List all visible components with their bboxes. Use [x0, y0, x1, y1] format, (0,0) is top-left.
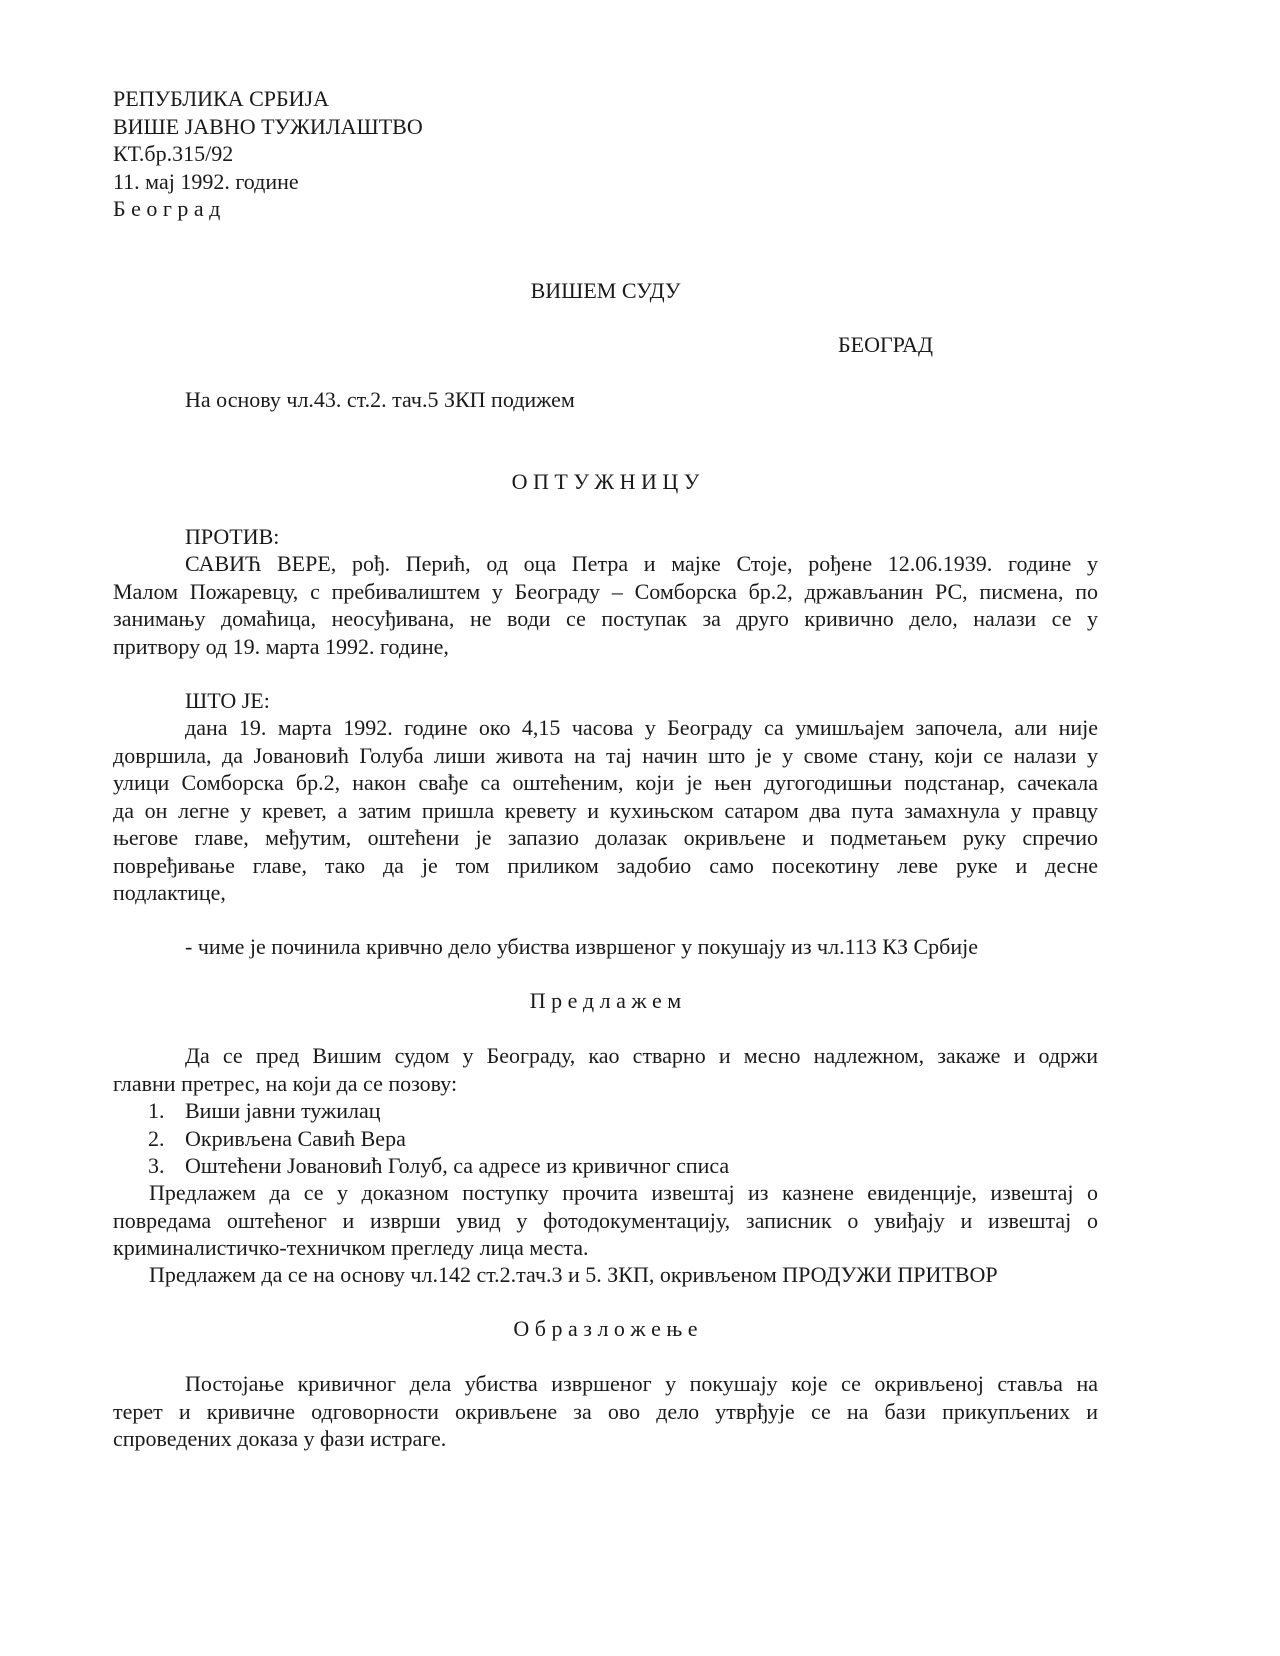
intro-block: На основу чл.43. ст.2. тач.5 ЗКП подижем	[113, 386, 1098, 414]
reasoning-line-2: терет и кривичне одговорности окривљене …	[113, 1398, 1098, 1426]
against-paragraph: САВИЋ ВЕРЕ, рођ. Перић, од оца Петра и м…	[113, 550, 1098, 660]
header-office: ВИШЕ ЈАВНО ТУЖИЛАШТВО	[113, 113, 1098, 141]
summons-text: Виши јавни тужилац	[185, 1098, 381, 1123]
header-city: Б е о г р а д	[113, 195, 1098, 223]
charge-line-4: да он легне у кревет, а затим пришла кре…	[113, 797, 1098, 825]
charge-line-3: улици Сомборска бр.2, након свађе са ошт…	[113, 769, 1098, 797]
proposal-heading: П р е д л а ж е м	[113, 987, 1098, 1015]
evidence-paragraph: Предлажем да се у доказном поступку проч…	[113, 1179, 1098, 1262]
against-label: ПРОТИВ:	[113, 523, 1098, 551]
summons-text: Окривљена Савић Вера	[185, 1126, 406, 1151]
header-case-number: КТ.бр.315/92	[113, 140, 1098, 168]
against-line-1: САВИЋ ВЕРЕ, рођ. Перић, од оца Петра и м…	[113, 550, 1098, 578]
charge-line-2: довршила, да Јовановић Голуба лиши живот…	[113, 742, 1098, 770]
reasoning-heading-block: О б р а з л о ж е њ е	[113, 1315, 1098, 1343]
charge-paragraph: дана 19. марта 1992. године око 4,15 час…	[113, 714, 1098, 907]
against-line-4: притвору од 19. марта 1992. године,	[113, 633, 1098, 661]
detention-text: Предлажем да се на основу чл.142 ст.2.та…	[113, 1261, 1098, 1289]
summons-number: 1.	[148, 1097, 165, 1125]
document-title: О П Т У Ж Н И Ц У	[113, 468, 1098, 496]
summons-item: 2. Окривљена Савић Вера	[113, 1125, 1098, 1153]
evidence-line-3: криминалистичко-техничком прегледу лица …	[113, 1234, 1098, 1262]
summons-number: 3.	[148, 1152, 165, 1180]
against-line-2: Малом Пожаревцу, с пребивалиштем у Беогр…	[113, 578, 1098, 606]
intro-text: На основу чл.43. ст.2. тач.5 ЗКП подижем	[113, 386, 1098, 414]
proposal-intro-line-2: главни претрес, на који да се позову:	[113, 1070, 1098, 1098]
charge-label: ШТО ЈЕ:	[113, 687, 1098, 715]
proposal-heading-block: П р е д л а ж е м	[113, 987, 1098, 1015]
header-country: РЕПУБЛИКА СРБИЈА	[113, 85, 1098, 113]
document-header: РЕПУБЛИКА СРБИЈА ВИШЕ ЈАВНО ТУЖИЛАШТВО К…	[113, 85, 1098, 223]
evidence-line-2: повредама оштећеног и изврши увид у фото…	[113, 1207, 1098, 1235]
summons-item: 1. Виши јавни тужилац	[113, 1097, 1098, 1125]
document-title-block: О П Т У Ж Н И Ц У	[113, 468, 1098, 496]
offense-text: - чиме је починила кривчно дело убиства …	[113, 933, 1098, 961]
reasoning-line-3: спроведених доказа у фази истраге.	[113, 1425, 1098, 1453]
summons-list: 1. Виши јавни тужилац 2. Окривљена Савић…	[113, 1097, 1098, 1180]
reasoning-heading: О б р а з л о ж е њ е	[113, 1315, 1098, 1343]
charge-section: ШТО ЈЕ:	[113, 687, 1098, 715]
offense-block: - чиме је починила кривчно дело убиства …	[113, 933, 1098, 961]
charge-line-5: његове главе, међутим, оштећени је запаз…	[113, 824, 1098, 852]
charge-line-7: подлактице,	[113, 879, 1098, 907]
detention-block: Предлажем да се на основу чл.142 ст.2.та…	[113, 1261, 1098, 1289]
reasoning-line-1: Постојање кривичног дела убиства извршен…	[113, 1370, 1098, 1398]
document-page: РЕПУБЛИКА СРБИЈА ВИШЕ ЈАВНО ТУЖИЛАШТВО К…	[0, 0, 1280, 1656]
proposal-intro-paragraph: Да се пред Вишим судом у Београду, као с…	[113, 1042, 1098, 1097]
against-line-3: занимању домаћица, неосуђивана, не води …	[113, 605, 1098, 633]
addressee-court: ВИШЕМ СУДУ	[113, 277, 1098, 305]
addressee-court-block: ВИШЕМ СУДУ	[113, 277, 1098, 305]
addressee-city: БЕОГРАД	[838, 331, 1038, 359]
summons-item: 3. Оштећени Јовановић Голуб, са адресе и…	[113, 1152, 1098, 1180]
proposal-intro-line-1: Да се пред Вишим судом у Београду, као с…	[113, 1042, 1098, 1070]
reasoning-paragraph: Постојање кривичног дела убиства извршен…	[113, 1370, 1098, 1453]
against-section: ПРОТИВ:	[113, 523, 1098, 551]
summons-number: 2.	[148, 1125, 165, 1153]
evidence-line-1: Предлажем да се у доказном поступку проч…	[113, 1179, 1098, 1207]
charge-line-6: повређивање главе, тако да је том прилик…	[113, 852, 1098, 880]
header-date: 11. мај 1992. године	[113, 168, 1098, 196]
addressee-city-block: БЕОГРАД	[838, 331, 1038, 359]
charge-line-1: дана 19. марта 1992. године око 4,15 час…	[113, 714, 1098, 742]
summons-text: Оштећени Јовановић Голуб, са адресе из к…	[185, 1153, 729, 1178]
